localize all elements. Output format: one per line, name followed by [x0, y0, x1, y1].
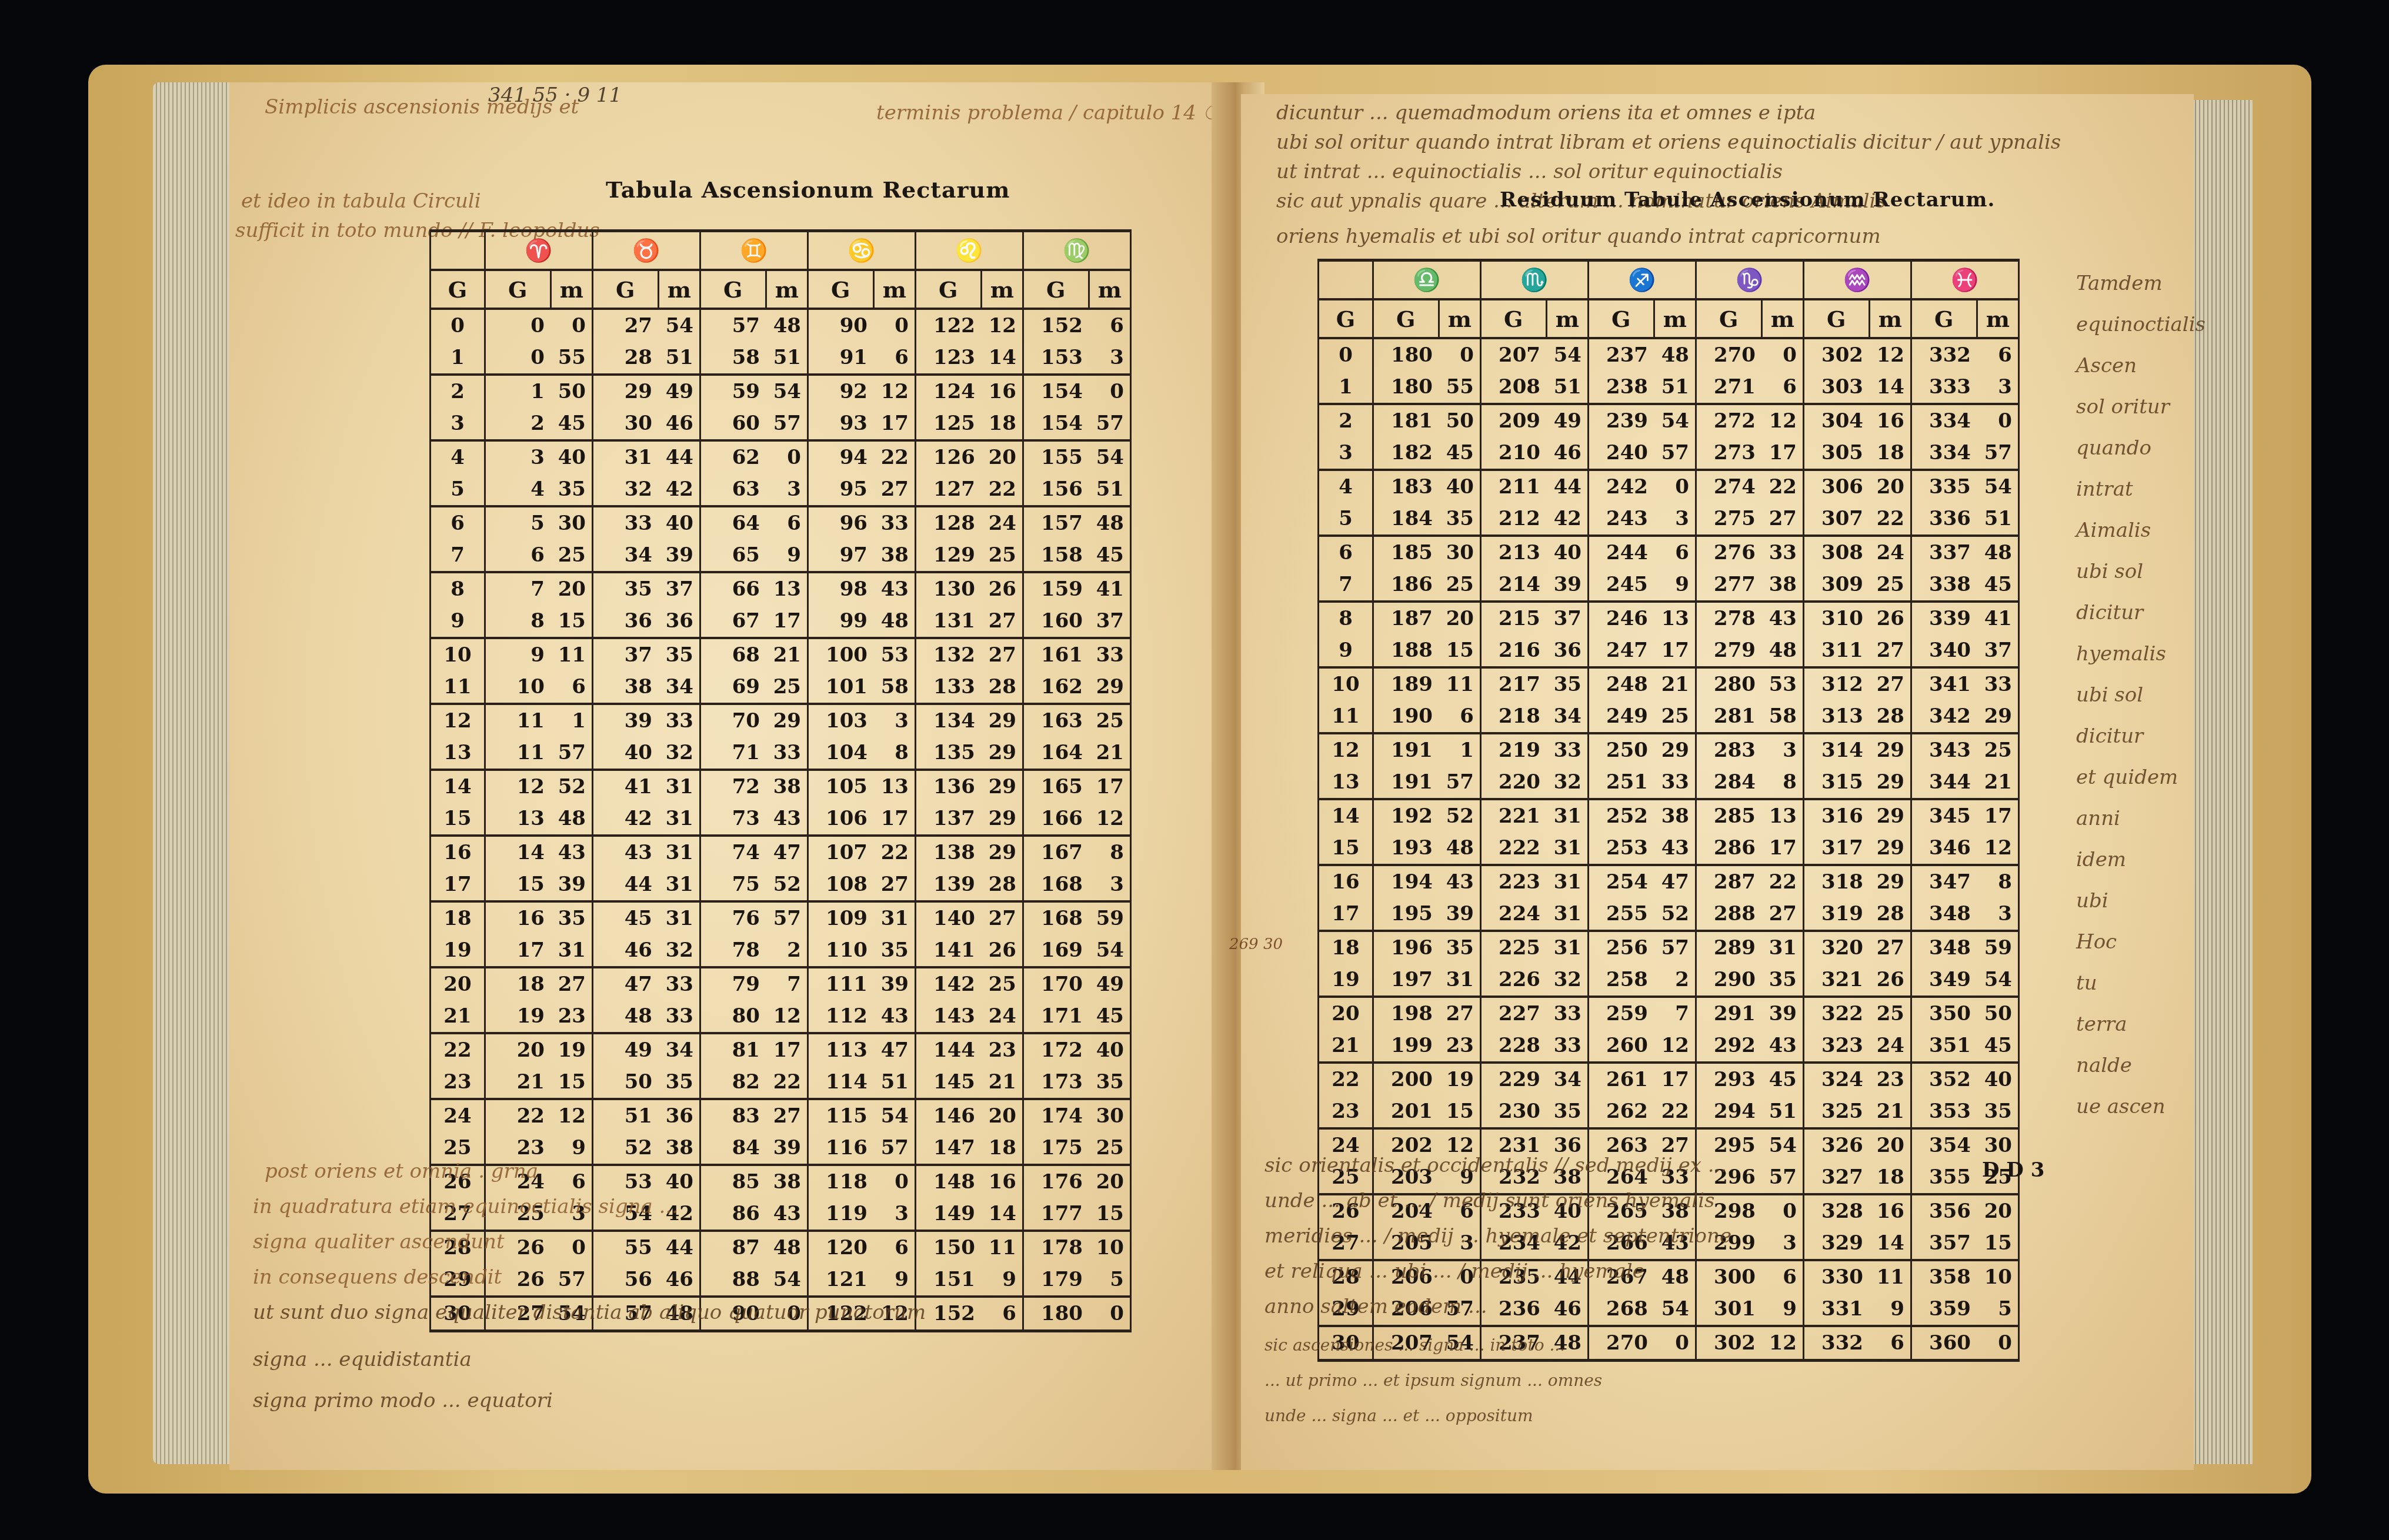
ascension-degrees-cell: 92 — [808, 375, 874, 407]
table-row: 7625343965997381292515845 — [431, 539, 1131, 572]
ascension-minutes-cell: 26 — [981, 572, 1023, 605]
degree-cell: 3 — [431, 407, 485, 440]
ascension-minutes-cell: 3 — [1977, 898, 2019, 931]
ascension-minutes-cell: 19 — [1439, 1063, 1481, 1095]
ascension-minutes-cell: 29 — [981, 836, 1023, 868]
ascension-degrees-cell: 322 — [1804, 997, 1870, 1030]
ascension-degrees-cell: 300 — [1696, 1260, 1762, 1293]
ascension-degrees-cell: 302 — [1696, 1326, 1762, 1361]
ascension-minutes-cell: 35 — [1439, 931, 1481, 964]
ascension-degrees-cell: 251 — [1589, 766, 1654, 799]
handwritten-footer-line: in quadratura etiam equinoctialis signa … — [253, 1194, 678, 1220]
ascension-degrees-cell: 169 — [1023, 934, 1089, 967]
ascension-minutes-cell: 12 — [1977, 832, 2019, 865]
ascension-minutes-cell: 2 — [766, 934, 808, 967]
ascension-degrees-cell: 73 — [700, 803, 766, 836]
handwritten-side-note: dicitur — [2076, 600, 2143, 626]
ascension-minutes-cell: 0 — [873, 1165, 916, 1198]
handwritten-side-note: nalde — [2076, 1053, 2132, 1078]
ascension-degrees-cell: 138 — [916, 836, 982, 868]
ascension-minutes-cell: 33 — [873, 506, 916, 539]
ascension-degrees-cell: 109 — [808, 901, 874, 934]
ascension-degrees-cell: 27 — [593, 309, 659, 342]
ascension-minutes-cell: 53 — [1761, 667, 1804, 700]
ascension-minutes-cell: 45 — [1977, 569, 2019, 602]
ascension-degrees-cell: 110 — [808, 934, 874, 967]
ascension-degrees-cell: 222 — [1481, 832, 1547, 865]
degree-cell: 7 — [431, 539, 485, 572]
table-row: 418340211442420274223062033554 — [1319, 470, 2019, 503]
ascension-degrees-cell: 0 — [485, 309, 551, 342]
ascension-minutes-cell: 57 — [1761, 1161, 1804, 1194]
ascension-minutes-cell: 18 — [1869, 437, 1911, 470]
ascension-degrees-cell: 111 — [808, 967, 874, 1000]
handwritten-side-note: idem — [2076, 847, 2126, 873]
ascension-minutes-cell: 42 — [658, 473, 700, 506]
ascension-minutes-cell: 24 — [1869, 1030, 1911, 1063]
ascension-degrees-cell: 182 — [1373, 437, 1439, 470]
table-row: 1619443223312544728722318293478 — [1319, 865, 2019, 898]
ascension-degrees-cell: 243 — [1589, 503, 1654, 536]
minutes-unit-header: m — [766, 270, 808, 309]
ascension-degrees-cell: 66 — [700, 572, 766, 605]
ascension-minutes-cell: 48 — [1439, 832, 1481, 865]
ascension-minutes-cell: 49 — [658, 375, 700, 407]
degree-cell: 5 — [1319, 503, 1373, 536]
ascension-degrees-cell: 124 — [916, 375, 982, 407]
ascension-degrees-cell: 129 — [916, 539, 982, 572]
ascension-degrees-cell: 149 — [916, 1198, 982, 1231]
ascension-degrees-cell: 283 — [1696, 733, 1762, 766]
table-row: 105528515851916123141533 — [431, 342, 1131, 375]
ascension-degrees-cell: 122 — [916, 309, 982, 342]
ascension-degrees-cell: 132 — [916, 638, 982, 671]
ascension-degrees-cell: 68 — [700, 638, 766, 671]
degree-cell: 16 — [431, 836, 485, 868]
ascension-degrees-cell: 315 — [1804, 766, 1870, 799]
ascension-degrees-cell: 81 — [700, 1033, 766, 1066]
ascension-minutes-cell: 29 — [766, 704, 808, 737]
ascension-minutes-cell: 6 — [1654, 536, 1696, 569]
ascension-degrees-cell: 207 — [1481, 338, 1547, 371]
ascension-minutes-cell: 17 — [1761, 437, 1804, 470]
ascension-degrees-cell: 211 — [1481, 470, 1547, 503]
ascension-degrees-cell: 32 — [593, 473, 659, 506]
ascension-minutes-cell: 24 — [981, 506, 1023, 539]
ascension-minutes-cell: 6 — [873, 342, 916, 375]
ascension-minutes-cell: 1 — [550, 704, 593, 737]
ascension-degrees-cell: 12 — [485, 770, 551, 803]
handwritten-side-note: equinoctialis — [2076, 312, 2206, 338]
ascension-degrees-cell: 48 — [593, 1000, 659, 1033]
ascension-minutes-cell: 54 — [1977, 470, 2019, 503]
ascension-degrees-cell: 151 — [916, 1264, 982, 1297]
ascension-minutes-cell: 22 — [873, 440, 916, 473]
ascension-minutes-cell: 29 — [981, 737, 1023, 770]
ascension-degrees-cell: 246 — [1589, 602, 1654, 634]
ascension-minutes-cell: 3 — [1654, 503, 1696, 536]
ascension-degrees-cell: 44 — [593, 868, 659, 901]
table-row: 718625214392459277383092533845 — [1319, 569, 2019, 602]
ascension-minutes-cell: 34 — [658, 1033, 700, 1066]
ascension-degrees-cell: 183 — [1373, 470, 1439, 503]
ascension-minutes-cell: 38 — [766, 1165, 808, 1198]
ascension-minutes-cell: 6 — [873, 1231, 916, 1264]
handwritten-footer-line: ... ut primo ... et ipsum signum ... omn… — [1264, 1370, 1602, 1391]
ascension-degrees-cell: 333 — [1911, 371, 1977, 404]
ascension-degrees-cell: 80 — [700, 1000, 766, 1033]
handwritten-side-note: quando — [2076, 435, 2151, 461]
ascension-minutes-cell: 19 — [550, 1033, 593, 1066]
ascension-degrees-cell: 6 — [485, 539, 551, 572]
ascension-degrees-cell: 312 — [1804, 667, 1870, 700]
ascension-minutes-cell: 25 — [550, 539, 593, 572]
ascension-minutes-cell: 35 — [658, 1066, 700, 1099]
ascension-degrees-cell: 171 — [1023, 1000, 1089, 1033]
ascension-degrees-cell: 271 — [1696, 371, 1762, 404]
ascension-degrees-cell: 36 — [593, 605, 659, 638]
ascension-minutes-cell: 40 — [658, 506, 700, 539]
degree-cell: 9 — [1319, 634, 1373, 667]
ascension-minutes-cell: 43 — [1761, 602, 1804, 634]
ascension-minutes-cell: 45 — [1089, 539, 1131, 572]
ascension-minutes-cell: 17 — [1977, 799, 2019, 832]
sign-pisces-icon: ♓ — [1911, 260, 2019, 300]
ascension-degrees-cell: 113 — [808, 1033, 874, 1066]
handwritten-footer-line: sic ascensiones ... signa ... in toto ..… — [1264, 1335, 1565, 1356]
ascension-minutes-cell: 9 — [873, 1264, 916, 1297]
ascension-minutes-cell: 12 — [1869, 338, 1911, 371]
ascension-minutes-cell: 9 — [1869, 1293, 1911, 1326]
table-row: 518435212422433275273072233651 — [1319, 503, 2019, 536]
ascension-degrees-cell: 165 — [1023, 770, 1089, 803]
handwritten-side-note: Ascen — [2076, 353, 2137, 379]
ascension-minutes-cell: 32 — [1546, 964, 1589, 997]
ascension-minutes-cell: 14 — [981, 1198, 1023, 1231]
minutes-unit-header: m — [1439, 299, 1481, 338]
table-row: 23211550358222114511452117335 — [431, 1066, 1131, 1099]
handwritten-header-line: oriens hyemalis et ubi sol oritur quando… — [1276, 223, 1881, 249]
ascension-minutes-cell: 34 — [658, 671, 700, 704]
ascension-degrees-cell: 253 — [1589, 832, 1654, 865]
ascension-degrees-cell: 53 — [593, 1165, 659, 1198]
minutes-unit-header: m — [1089, 270, 1131, 309]
ascension-minutes-cell: 14 — [1869, 371, 1911, 404]
ascension-degrees-cell: 199 — [1373, 1030, 1439, 1063]
degree-cell: 5 — [431, 473, 485, 506]
ascension-degrees-cell: 18 — [485, 967, 551, 1000]
ascension-minutes-cell: 39 — [1439, 898, 1481, 931]
ascension-minutes-cell: 39 — [550, 868, 593, 901]
ascension-minutes-cell: 57 — [873, 1132, 916, 1165]
table-row: 87203537661398431302615941 — [431, 572, 1131, 605]
ascension-minutes-cell: 41 — [1977, 602, 2019, 634]
degrees-unit-header: G — [1481, 299, 1547, 338]
ascension-minutes-cell: 6 — [550, 671, 593, 704]
ascension-minutes-cell: 29 — [1869, 766, 1911, 799]
table-row: 1319157220322513328483152934421 — [1319, 766, 2019, 799]
ascension-degrees-cell: 194 — [1373, 865, 1439, 898]
ascension-minutes-cell: 17 — [873, 803, 916, 836]
handwritten-footer-line: signa qualiter ascendunt — [253, 1229, 505, 1255]
ascension-minutes-cell: 28 — [981, 671, 1023, 704]
ascension-degrees-cell: 191 — [1373, 766, 1439, 799]
ascension-minutes-cell: 53 — [873, 638, 916, 671]
ascension-degrees-cell: 154 — [1023, 375, 1089, 407]
ascension-minutes-cell: 32 — [1546, 766, 1589, 799]
ascension-degrees-cell: 125 — [916, 407, 982, 440]
ascension-minutes-cell: 54 — [766, 375, 808, 407]
ascension-minutes-cell: 11 — [981, 1231, 1023, 1264]
table-row: 0180020754237482700302123326 — [1319, 338, 2019, 371]
ascension-minutes-cell: 32 — [658, 737, 700, 770]
degree-cell: 9 — [431, 605, 485, 638]
ascension-degrees-cell: 121 — [808, 1264, 874, 1297]
ascension-degrees-cell: 164 — [1023, 737, 1089, 770]
degree-cell: 11 — [431, 671, 485, 704]
degree-cell: 12 — [1319, 733, 1373, 766]
degrees-unit-header: G — [808, 270, 874, 309]
ascension-minutes-cell: 55 — [1439, 371, 1481, 404]
ascension-degrees-cell: 107 — [808, 836, 874, 868]
ascension-degrees-cell: 13 — [485, 803, 551, 836]
ascension-minutes-cell: 37 — [1977, 634, 2019, 667]
ascension-degrees-cell: 261 — [1589, 1063, 1654, 1095]
degree-cell: 2 — [1319, 404, 1373, 437]
ascension-minutes-cell: 26 — [981, 934, 1023, 967]
ascension-minutes-cell: 51 — [1761, 1095, 1804, 1128]
ascension-minutes-cell: 28 — [981, 868, 1023, 901]
ascension-degrees-cell: 104 — [808, 737, 874, 770]
table-row: 2150294959549212124161540 — [431, 375, 1131, 407]
ascension-degrees-cell: 170 — [1023, 967, 1089, 1000]
ascension-degrees-cell: 227 — [1481, 997, 1547, 1030]
table-row: 14192522213125238285133162934517 — [1319, 799, 2019, 832]
ascension-degrees-cell: 334 — [1911, 437, 1977, 470]
degrees-unit-header: G — [485, 270, 551, 309]
ascension-minutes-cell: 48 — [1761, 634, 1804, 667]
sign-virgo-icon: ♍ — [1023, 231, 1131, 270]
ascension-minutes-cell: 48 — [1089, 506, 1131, 539]
ascension-degrees-cell: 309 — [1804, 569, 1870, 602]
ascension-minutes-cell: 29 — [1869, 865, 1911, 898]
ascension-minutes-cell: 31 — [1546, 865, 1589, 898]
handwritten-side-note: ubi sol — [2076, 682, 2143, 708]
ascension-minutes-cell: 6 — [766, 506, 808, 539]
ascension-minutes-cell: 39 — [766, 1132, 808, 1165]
ascension-minutes-cell: 51 — [1977, 503, 2019, 536]
ascension-minutes-cell: 58 — [1761, 700, 1804, 733]
sign-gemini-icon: ♊ — [700, 231, 808, 270]
ascension-degrees-cell: 275 — [1696, 503, 1762, 536]
ascension-degrees-cell: 224 — [1481, 898, 1547, 931]
ascension-minutes-cell: 5 — [1089, 1264, 1131, 1297]
ascension-degrees-cell: 306 — [1804, 470, 1870, 503]
ascension-degrees-cell: 94 — [808, 440, 874, 473]
ascension-degrees-cell: 293 — [1696, 1063, 1762, 1095]
ascension-minutes-cell: 8 — [1761, 766, 1804, 799]
ascension-minutes-cell: 25 — [1869, 569, 1911, 602]
ascension-degrees-cell: 163 — [1023, 704, 1089, 737]
ascension-minutes-cell: 27 — [981, 901, 1023, 934]
table-row: 14125241317238105131362916517 — [431, 770, 1131, 803]
ascension-minutes-cell: 25 — [981, 967, 1023, 1000]
ascension-minutes-cell: 25 — [1977, 733, 2019, 766]
ascension-degrees-cell: 19 — [485, 1000, 551, 1033]
ascension-degrees-cell: 17 — [485, 934, 551, 967]
degree-cell: 10 — [431, 638, 485, 671]
ascension-minutes-cell: 0 — [873, 309, 916, 342]
ascension-degrees-cell: 22 — [485, 1099, 551, 1132]
ascension-minutes-cell: 23 — [981, 1033, 1023, 1066]
ascension-minutes-cell: 57 — [766, 901, 808, 934]
ascension-minutes-cell: 21 — [1869, 1095, 1911, 1128]
ascension-degrees-cell: 228 — [1481, 1030, 1547, 1063]
ascension-degrees-cell: 64 — [700, 506, 766, 539]
ascension-degrees-cell: 256 — [1589, 931, 1654, 964]
minutes-unit-header: m — [873, 270, 916, 309]
ascension-degrees-cell: 45 — [593, 901, 659, 934]
ascension-degrees-cell: 63 — [700, 473, 766, 506]
ascension-minutes-cell: 14 — [981, 342, 1023, 375]
page-edges-left — [153, 82, 229, 1464]
ascension-minutes-cell: 57 — [1654, 437, 1696, 470]
table-row: 8187202153724613278433102633941 — [1319, 602, 2019, 634]
units-header-row: GGmGmGmGmGmGm — [431, 270, 1131, 309]
ascension-degrees-cell: 336 — [1911, 503, 1977, 536]
ascension-degrees-cell: 359 — [1911, 1293, 1977, 1326]
ascension-degrees-cell: 237 — [1589, 338, 1654, 371]
ascension-degrees-cell: 314 — [1804, 733, 1870, 766]
ascension-minutes-cell: 39 — [873, 967, 916, 1000]
ascension-minutes-cell: 40 — [658, 1165, 700, 1198]
ascension-minutes-cell: 12 — [550, 1099, 593, 1132]
ascension-degrees-cell: 103 — [808, 704, 874, 737]
handwritten-side-note: tu — [2076, 970, 2097, 996]
sign-header-row: ♈ ♉ ♊ ♋ ♌ ♍ — [431, 231, 1131, 270]
ascension-degrees-cell: 321 — [1804, 964, 1870, 997]
ascension-degrees-cell: 5 — [485, 506, 551, 539]
ascension-minutes-cell: 51 — [873, 1066, 916, 1099]
page-title: Residuum Tabule Ascensionum Rectarum. — [1500, 188, 1995, 212]
ascension-degrees-cell: 305 — [1804, 437, 1870, 470]
table-row: 3182452104624057273173051833457 — [1319, 437, 2019, 470]
ascension-minutes-cell: 31 — [1761, 931, 1804, 964]
ascension-minutes-cell: 31 — [658, 868, 700, 901]
handwritten-footer-line: post oriens et omnia . grna — [265, 1158, 538, 1184]
ascension-minutes-cell: 22 — [1654, 1095, 1696, 1128]
ascension-minutes-cell: 54 — [1761, 1128, 1804, 1161]
ascension-degrees-cell: 145 — [916, 1066, 982, 1099]
ascension-minutes-cell: 48 — [1977, 536, 2019, 569]
ascension-degrees-cell: 279 — [1696, 634, 1762, 667]
ascension-minutes-cell: 33 — [1546, 1030, 1589, 1063]
ascension-degrees-cell: 180 — [1023, 1297, 1089, 1331]
ascension-minutes-cell: 51 — [766, 342, 808, 375]
ascension-minutes-cell: 13 — [766, 572, 808, 605]
table-row: 1311574032713310481352916421 — [431, 737, 1131, 770]
ascension-degrees-cell: 215 — [1481, 602, 1547, 634]
ascension-minutes-cell: 13 — [1761, 799, 1804, 832]
ascension-degrees-cell: 82 — [700, 1066, 766, 1099]
ascension-minutes-cell: 29 — [1089, 671, 1131, 704]
ascension-degrees-cell: 268 — [1589, 1293, 1654, 1326]
ascension-minutes-cell: 52 — [1654, 898, 1696, 931]
ascension-degrees-cell: 341 — [1911, 667, 1977, 700]
ascension-degrees-cell: 147 — [916, 1132, 982, 1165]
ascension-minutes-cell: 27 — [1869, 634, 1911, 667]
degree-cell: 15 — [431, 803, 485, 836]
ascension-minutes-cell: 35 — [550, 473, 593, 506]
ascension-degrees-cell: 247 — [1589, 634, 1654, 667]
ascension-minutes-cell: 12 — [1654, 1030, 1696, 1063]
margin-note-top: 341 55 · 9 11 — [488, 82, 622, 108]
ascension-minutes-cell: 29 — [1869, 799, 1911, 832]
ascension-minutes-cell: 27 — [873, 473, 916, 506]
ascension-minutes-cell: 9 — [766, 539, 808, 572]
ascension-minutes-cell: 3 — [766, 473, 808, 506]
sign-header-row: ♎ ♏ ♐ ♑ ♒ ♓ — [1319, 260, 2019, 300]
ascension-degrees-cell: 114 — [808, 1066, 874, 1099]
handwritten-footer-line: sic orientalis et occidentalis // sed me… — [1264, 1153, 1727, 1178]
ascension-minutes-cell: 49 — [1546, 404, 1589, 437]
degree-cell: 16 — [1319, 865, 1373, 898]
ascension-degrees-cell: 172 — [1023, 1033, 1089, 1066]
ascension-minutes-cell: 12 — [1761, 404, 1804, 437]
table-row: 18196352253125657289313202734859 — [1319, 931, 2019, 964]
ascension-degrees-cell: 349 — [1911, 964, 1977, 997]
ascension-minutes-cell: 31 — [873, 901, 916, 934]
table-row: 121113933702910331342916325 — [431, 704, 1131, 737]
ascension-degrees-cell: 307 — [1804, 503, 1870, 536]
ascension-minutes-cell: 36 — [1546, 634, 1589, 667]
ascension-minutes-cell: 17 — [1089, 770, 1131, 803]
ascension-degrees-cell: 317 — [1804, 832, 1870, 865]
ascension-degrees-cell: 345 — [1911, 799, 1977, 832]
ascension-degrees-cell: 262 — [1589, 1095, 1654, 1128]
ascension-degrees-cell: 236 — [1481, 1293, 1547, 1326]
handwritten-side-note: et quidem — [2076, 764, 2178, 790]
table-row: 10189112173524821280533122734133 — [1319, 667, 2019, 700]
ascension-minutes-cell: 33 — [1546, 733, 1589, 766]
ascension-minutes-cell: 27 — [981, 638, 1023, 671]
table-row: 1917314632782110351412616954 — [431, 934, 1131, 967]
table-row: 1119062183424925281583132834229 — [1319, 700, 2019, 733]
ascension-minutes-cell: 9 — [981, 1264, 1023, 1297]
ascension-minutes-cell: 29 — [981, 803, 1023, 836]
ascension-degrees-cell: 10 — [485, 671, 551, 704]
right-page: dicuntur ... quemadmodum oriens ita et o… — [1241, 94, 2194, 1470]
handwritten-footer-line: et reliqua ... ubi ... / medij ... hyema… — [1264, 1258, 1644, 1284]
ascension-minutes-cell: 43 — [766, 803, 808, 836]
ascension-degrees-cell: 187 — [1373, 602, 1439, 634]
ascension-degrees-cell: 37 — [593, 638, 659, 671]
ascension-degrees-cell: 195 — [1373, 898, 1439, 931]
ascension-degrees-cell: 173 — [1023, 1066, 1089, 1099]
ascension-degrees-cell: 350 — [1911, 997, 1977, 1030]
ascension-minutes-cell: 35 — [1546, 667, 1589, 700]
ascension-minutes-cell: 57 — [1439, 766, 1481, 799]
ascension-degrees-cell: 347 — [1911, 865, 1977, 898]
ascension-degrees-cell: 97 — [808, 539, 874, 572]
ascension-minutes-cell: 21 — [981, 1066, 1023, 1099]
ascension-minutes-cell: 40 — [1439, 470, 1481, 503]
ascension-minutes-cell: 27 — [873, 868, 916, 901]
degrees-unit-header: G — [1373, 299, 1439, 338]
degree-cell: 18 — [1319, 931, 1373, 964]
ascension-minutes-cell: 22 — [1761, 865, 1804, 898]
ascension-degrees-cell: 4 — [485, 473, 551, 506]
